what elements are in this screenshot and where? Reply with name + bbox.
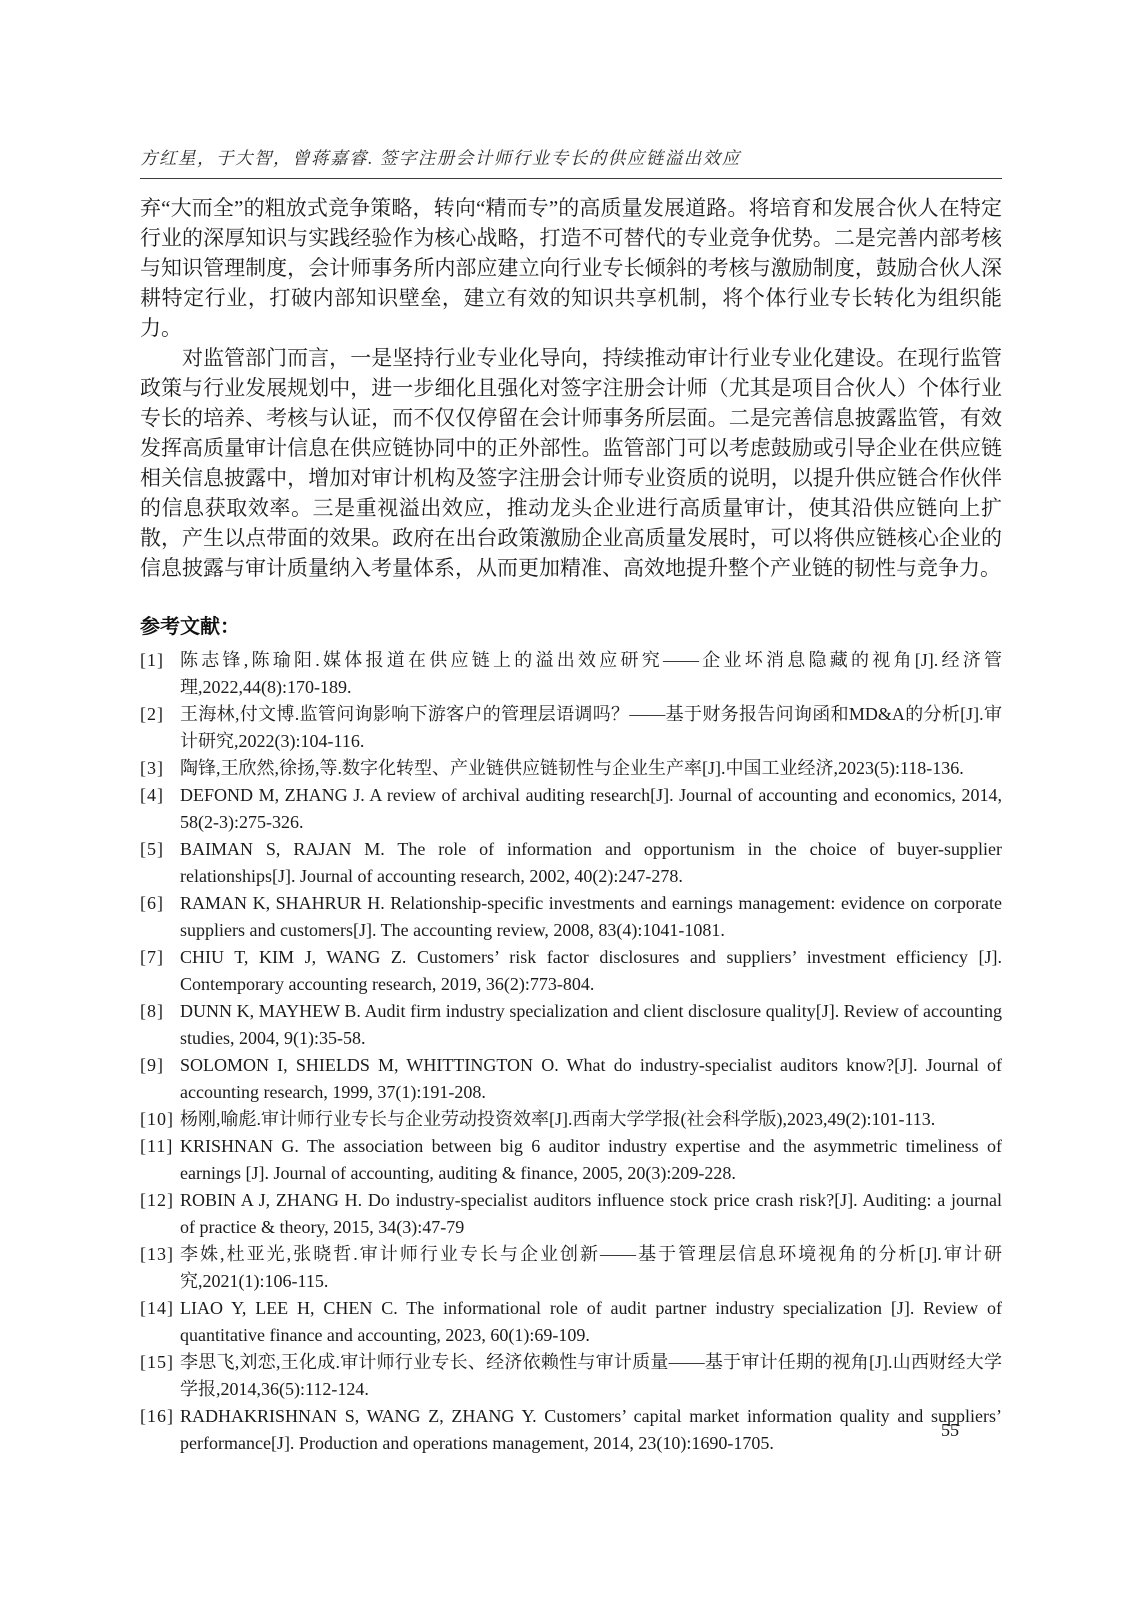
reference-item: [9] SOLOMON I, SHIELDS M, WHITTINGTON O.…: [140, 1052, 1002, 1106]
reference-number: [15]: [140, 1349, 180, 1376]
reference-text: KRISHNAN G. The association between big …: [180, 1133, 1002, 1187]
page-number: 55: [941, 1420, 959, 1441]
reference-text: 李思飞,刘恋,王化成.审计师行业专长、经济依赖性与审计质量——基于审计任期的视角…: [180, 1349, 1002, 1403]
reference-number: [11]: [140, 1133, 180, 1160]
reference-number: [8]: [140, 998, 180, 1025]
references-heading: 参考文献：: [140, 610, 1002, 639]
page-content: 方红星，于大智，曾蒋嘉睿. 签字注册会计师行业专长的供应链溢出效应 弃“大而全”…: [140, 145, 1002, 1457]
journal-page: 方红星，于大智，曾蒋嘉睿. 签字注册会计师行业专长的供应链溢出效应 弃“大而全”…: [0, 0, 1140, 1600]
reference-item: [7] CHIU T, KIM J, WANG Z. Customers’ ri…: [140, 944, 1002, 998]
reference-number: [9]: [140, 1052, 180, 1079]
reference-number: [5]: [140, 836, 180, 863]
reference-item: [14] LIAO Y, LEE H, CHEN C. The informat…: [140, 1295, 1002, 1349]
reference-item: [1] 陈志锋,陈瑜阳.媒体报道在供应链上的溢出效应研究——企业坏消息隐藏的视角…: [140, 647, 1002, 701]
reference-text: 杨刚,喻彪.审计师行业专长与企业劳动投资效率[J].西南大学学报(社会科学版),…: [180, 1106, 1002, 1133]
reference-text: RAMAN K, SHAHRUR H. Relationship-specifi…: [180, 890, 1002, 944]
reference-item: [2] 王海林,付文博.监管问询影响下游客户的管理层语调吗？——基于财务报告问询…: [140, 701, 1002, 755]
reference-item: [15] 李思飞,刘恋,王化成.审计师行业专长、经济依赖性与审计质量——基于审计…: [140, 1349, 1002, 1403]
paragraph: 对监管部门而言，一是坚持行业专业化导向，持续推动审计行业专业化建设。在现行监管政…: [140, 343, 1002, 583]
reference-number: [12]: [140, 1187, 180, 1214]
reference-number: [2]: [140, 701, 180, 728]
reference-text: 王海林,付文博.监管问询影响下游客户的管理层语调吗？——基于财务报告问询函和MD…: [180, 701, 1002, 755]
reference-item: [10] 杨刚,喻彪.审计师行业专长与企业劳动投资效率[J].西南大学学报(社会…: [140, 1106, 1002, 1133]
reference-text: SOLOMON I, SHIELDS M, WHITTINGTON O. Wha…: [180, 1052, 1002, 1106]
reference-text: 陶锋,王欣然,徐扬,等.数字化转型、产业链供应链韧性与企业生产率[J].中国工业…: [180, 755, 1002, 782]
running-head: 方红星，于大智，曾蒋嘉睿. 签字注册会计师行业专长的供应链溢出效应: [140, 145, 1002, 179]
reference-number: [16]: [140, 1403, 180, 1430]
reference-number: [7]: [140, 944, 180, 971]
reference-item: [8] DUNN K, MAYHEW B. Audit firm industr…: [140, 998, 1002, 1052]
reference-item: [5] BAIMAN S, RAJAN M. The role of infor…: [140, 836, 1002, 890]
reference-text: RADHAKRISHNAN S, WANG Z, ZHANG Y. Custom…: [180, 1403, 1002, 1457]
reference-item: [13] 李姝,杜亚光,张晓哲.审计师行业专长与企业创新——基于管理层信息环境视…: [140, 1241, 1002, 1295]
reference-text: ROBIN A J, ZHANG H. Do industry-speciali…: [180, 1187, 1002, 1241]
reference-number: [10]: [140, 1106, 180, 1133]
reference-number: [6]: [140, 890, 180, 917]
reference-number: [13]: [140, 1241, 180, 1268]
reference-number: [3]: [140, 755, 180, 782]
reference-item: [11] KRISHNAN G. The association between…: [140, 1133, 1002, 1187]
reference-text: LIAO Y, LEE H, CHEN C. The informational…: [180, 1295, 1002, 1349]
body-text: 弃“大而全”的粗放式竞争策略，转向“精而专”的高质量发展道路。将培育和发展合伙人…: [140, 193, 1002, 583]
reference-text: BAIMAN S, RAJAN M. The role of informati…: [180, 836, 1002, 890]
reference-item: [6] RAMAN K, SHAHRUR H. Relationship-spe…: [140, 890, 1002, 944]
reference-item: [12] ROBIN A J, ZHANG H. Do industry-spe…: [140, 1187, 1002, 1241]
reference-text: DEFOND M, ZHANG J. A review of archival …: [180, 782, 1002, 836]
reference-text: DUNN K, MAYHEW B. Audit firm industry sp…: [180, 998, 1002, 1052]
reference-item: [4] DEFOND M, ZHANG J. A review of archi…: [140, 782, 1002, 836]
reference-text: 李姝,杜亚光,张晓哲.审计师行业专长与企业创新——基于管理层信息环境视角的分析[…: [180, 1241, 1002, 1295]
reference-text: CHIU T, KIM J, WANG Z. Customers’ risk f…: [180, 944, 1002, 998]
paragraph: 弃“大而全”的粗放式竞争策略，转向“精而专”的高质量发展道路。将培育和发展合伙人…: [140, 193, 1002, 343]
reference-item: [3] 陶锋,王欣然,徐扬,等.数字化转型、产业链供应链韧性与企业生产率[J].…: [140, 755, 1002, 782]
reference-number: [14]: [140, 1295, 180, 1322]
reference-text: 陈志锋,陈瑜阳.媒体报道在供应链上的溢出效应研究——企业坏消息隐藏的视角[J].…: [180, 647, 1002, 701]
reference-number: [4]: [140, 782, 180, 809]
reference-number: [1]: [140, 647, 180, 674]
reference-item: [16] RADHAKRISHNAN S, WANG Z, ZHANG Y. C…: [140, 1403, 1002, 1457]
reference-list: [1] 陈志锋,陈瑜阳.媒体报道在供应链上的溢出效应研究——企业坏消息隐藏的视角…: [140, 647, 1002, 1457]
